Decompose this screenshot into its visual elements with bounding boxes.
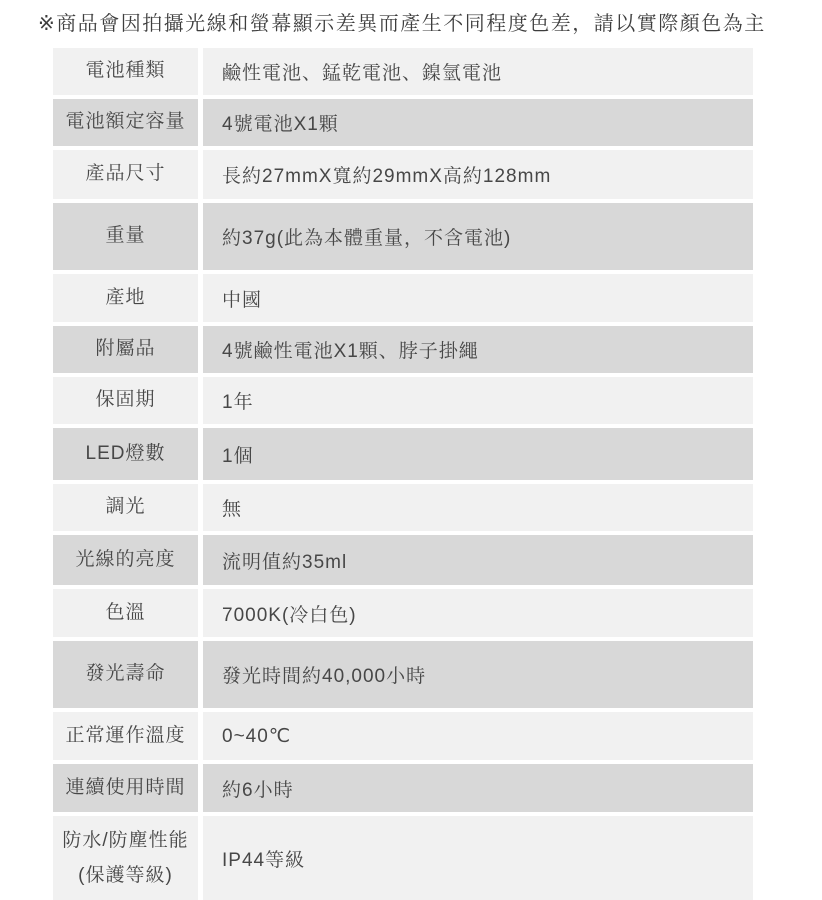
spec-label: 重量 (53, 203, 198, 270)
spec-label: 產地 (53, 274, 198, 322)
spec-value: 1年 (203, 377, 753, 424)
color-difference-notice: ※商品會因拍攝光線和螢幕顯示差異而產生不同程度色差，請以實際顏色為主 (0, 0, 822, 36)
spec-label: 發光壽命 (53, 641, 198, 708)
spec-value: 約6小時 (203, 764, 753, 812)
spec-label: 附屬品 (53, 326, 198, 373)
spec-value: 無 (203, 484, 753, 531)
spec-label: 電池種類 (53, 48, 198, 95)
table-row: 保固期 1年 (53, 377, 753, 424)
table-row: 重量 約37g(此為本體重量，不含電池) (53, 203, 753, 270)
spec-label: 光線的亮度 (53, 535, 198, 585)
table-row: 色溫 7000K(冷白色) (53, 589, 753, 637)
table-row: 產地 中國 (53, 274, 753, 322)
table-row: 附屬品 4號鹼性電池X1顆、脖子掛繩 (53, 326, 753, 373)
table-row: 光線的亮度 流明值約35ml (53, 535, 753, 585)
spec-label: 保固期 (53, 377, 198, 424)
spec-value: 約37g(此為本體重量，不含電池) (203, 203, 753, 270)
spec-label: 防水/防塵性能 (保護等級) (53, 816, 198, 900)
spec-value: 7000K(冷白色) (203, 589, 753, 637)
spec-value: IP44等級 (203, 816, 753, 900)
spec-value: 4號鹼性電池X1顆、脖子掛繩 (203, 326, 753, 373)
spec-value: 鹼性電池、錳乾電池、鎳氫電池 (203, 48, 753, 95)
table-row: LED燈數 1個 (53, 428, 753, 480)
spec-value: 4號電池X1顆 (203, 99, 753, 146)
spec-label: LED燈數 (53, 428, 198, 480)
table-row: 連續使用時間 約6小時 (53, 764, 753, 812)
table-row: 電池種類 鹼性電池、錳乾電池、鎳氫電池 (53, 48, 753, 95)
spec-value: 發光時間約40,000小時 (203, 641, 753, 708)
spec-value: 0~40℃ (203, 712, 753, 760)
spec-label: 調光 (53, 484, 198, 531)
table-row: 產品尺寸 長約27mmX寬約29mmX高約128mm (53, 150, 753, 199)
spec-label: 連續使用時間 (53, 764, 198, 812)
spec-table: 電池種類 鹼性電池、錳乾電池、鎳氫電池 電池額定容量 4號電池X1顆 產品尺寸 … (53, 48, 753, 900)
spec-value: 長約27mmX寬約29mmX高約128mm (203, 150, 753, 199)
table-row: 調光 無 (53, 484, 753, 531)
spec-value: 中國 (203, 274, 753, 322)
spec-label: 色溫 (53, 589, 198, 637)
spec-label: 電池額定容量 (53, 99, 198, 146)
table-row: 正常運作溫度 0~40℃ (53, 712, 753, 760)
spec-value: 1個 (203, 428, 753, 480)
table-row: 電池額定容量 4號電池X1顆 (53, 99, 753, 146)
spec-value: 流明值約35ml (203, 535, 753, 585)
table-row: 發光壽命 發光時間約40,000小時 (53, 641, 753, 708)
product-spec-page: ※商品會因拍攝光線和螢幕顯示差異而產生不同程度色差，請以實際顏色為主 電池種類 … (0, 0, 822, 900)
spec-label: 正常運作溫度 (53, 712, 198, 760)
table-row: 防水/防塵性能 (保護等級) IP44等級 (53, 816, 753, 900)
spec-label: 產品尺寸 (53, 150, 198, 199)
